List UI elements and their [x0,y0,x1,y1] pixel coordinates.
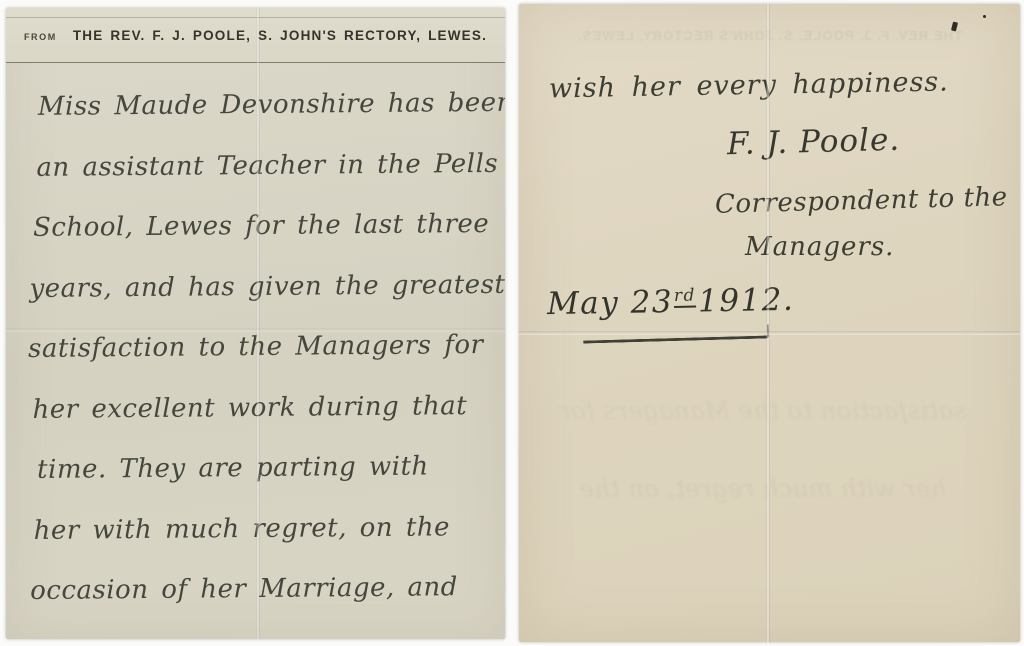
handwritten-line-3: School, Lewes for the last three [33,194,491,258]
signature: F. J. Poole. [727,122,901,163]
handwritten-line-4: years, and has given the greatest [29,254,491,319]
letter-scan: FROM THE REV. F. J. POOLE, S. JOHN'S REC… [0,0,1024,646]
handwritten-line-7: time. They are parting with [37,436,493,500]
handwritten-line-2: an assistant Teacher in the Pells [36,133,490,197]
date-line: May 23rd1912. [547,282,795,322]
date-ordinal-superscript: rd [674,286,696,308]
signer-role-line-1: Correspondent to the [715,182,1008,220]
closing-line: wish her every happiness. [549,67,949,105]
handwriting-showthrough: satisfaction to the Managers for [559,396,966,425]
handwriting-showthrough: her with much regret, on the [579,474,947,503]
handwritten-body: Miss Maude Devonshire has been an assist… [6,61,505,622]
signer-role-line-2: Managers. [745,232,894,262]
printed-letterhead: FROM THE REV. F. J. POOLE, S. JOHN'S REC… [6,8,505,63]
letterhead-showthrough: THE REV. F. J. POOLE, S. JOHN'S RECTORY,… [519,28,1020,43]
letter-page-1: FROM THE REV. F. J. POOLE, S. JOHN'S REC… [6,8,505,639]
letterhead-from-label: FROM [24,29,57,42]
ink-speck [983,15,986,18]
handwritten-line-9: occasion of her Marriage, and [30,557,494,622]
ink-speck [951,22,958,32]
handwritten-line-5: satisfaction to the Managers for [28,315,492,380]
letter-page-2: THE REV. F. J. POOLE, S. JOHN'S RECTORY,… [519,4,1020,642]
date-year: 1912. [698,282,795,320]
handwritten-line-6: her excellent work during that [32,375,492,440]
letterhead-address-text: THE REV. F. J. POOLE, S. JOHN'S RECTORY,… [73,28,487,43]
date-underline-flourish [583,324,769,343]
handwritten-line-8: her with much regret, on the [33,496,493,561]
handwritten-line-1: Miss Maude Devonshire has been [38,73,490,137]
date-day: May 23 [547,284,674,322]
